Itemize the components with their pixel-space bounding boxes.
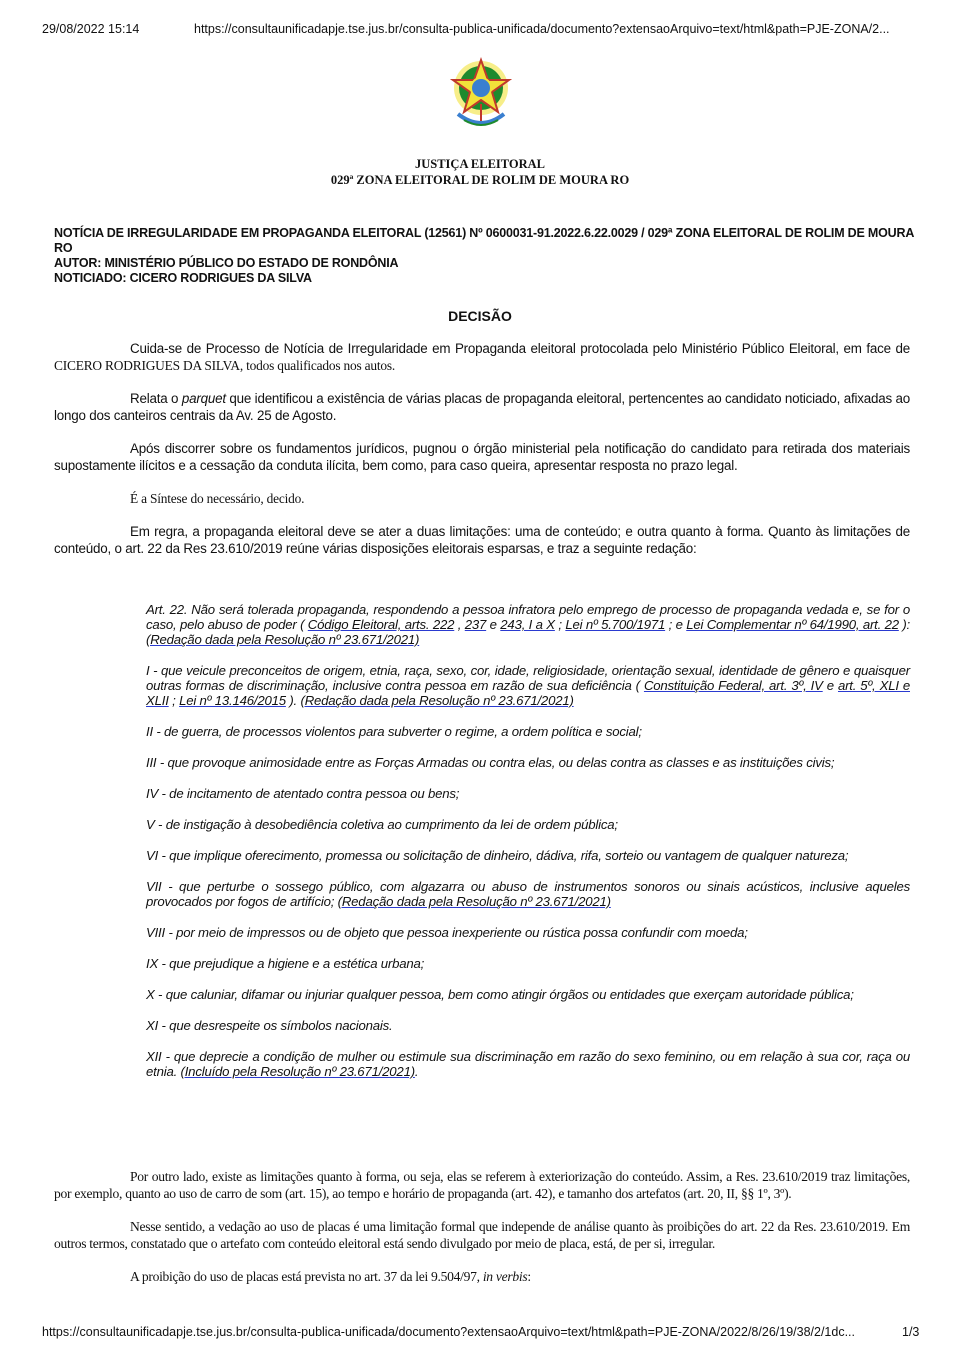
paragraph-8: A proibição do uso de placas está previs… bbox=[54, 1268, 910, 1285]
case-number: NOTÍCIA DE IRREGULARIDADE EM PROPAGANDA … bbox=[54, 226, 914, 256]
legal-quote: Art. 22. Não será tolerada propaganda, r… bbox=[146, 602, 910, 1095]
quote-item-iii: III - que provoque animosidade entre as … bbox=[146, 755, 910, 770]
brazil-coat-of-arms-icon bbox=[446, 54, 516, 134]
link-cf-art3[interactable]: Constituição Federal, art. 3º, IV bbox=[644, 678, 823, 693]
page-number: 1/3 bbox=[902, 1325, 919, 1339]
link-lei-5700[interactable]: Lei nº 5.700/1971 bbox=[565, 617, 665, 632]
case-noticed: NOTICIADO: CICERO RODRIGUES DA SILVA bbox=[54, 271, 914, 286]
quote-item-xi: XI - que desrespeite os símbolos naciona… bbox=[146, 1018, 910, 1033]
case-info: NOTÍCIA DE IRREGULARIDADE EM PROPAGANDA … bbox=[54, 226, 914, 286]
document-title: DECISÃO bbox=[0, 308, 960, 324]
paragraph-1: Cuida-se de Processo de Notícia de Irreg… bbox=[54, 340, 910, 374]
case-author: AUTOR: MINISTÉRIO PÚBLICO DO ESTADO DE R… bbox=[54, 256, 914, 271]
link-lei-13146[interactable]: Lei nº 13.146/2015 bbox=[179, 693, 286, 708]
quote-item-viii: VIII - por meio de impressos ou de objet… bbox=[146, 925, 910, 940]
quote-item-vii: VII - que perturbe o sossego público, co… bbox=[146, 879, 910, 909]
paragraph-3: Após discorrer sobre os fundamentos jurí… bbox=[54, 440, 910, 474]
quote-item-xii: XII - que deprecie a condição de mulher … bbox=[146, 1049, 910, 1079]
court-heading: JUSTIÇA ELEITORAL 029ª ZONA ELEITORAL DE… bbox=[0, 156, 960, 188]
paragraph-6: Por outro lado, existe as limitações qua… bbox=[54, 1168, 910, 1202]
link-res-23671[interactable]: (Redação dada pela Resolução nº 23.671/2… bbox=[301, 693, 574, 708]
link-art-243[interactable]: 243, I a X bbox=[500, 617, 555, 632]
quote-item-i: I - que veicule preconceitos de origem, … bbox=[146, 663, 910, 708]
link-lc-64[interactable]: Lei Complementar nº 64/1990, art. 22 bbox=[686, 617, 899, 632]
link-codigo-eleitoral[interactable]: Código Eleitoral, arts. 222 bbox=[308, 617, 454, 632]
quote-item-vi: VI - que implique oferecimento, promessa… bbox=[146, 848, 910, 863]
intro-paragraphs: Cuida-se de Processo de Notícia de Irreg… bbox=[54, 340, 910, 557]
quote-art22: Art. 22. Não será tolerada propaganda, r… bbox=[146, 602, 910, 647]
link-res-23671[interactable]: (Redação dada pela Resolução nº 23.671/2… bbox=[338, 894, 611, 909]
paragraph-5: Em regra, a propaganda eleitoral deve se… bbox=[54, 523, 910, 557]
paragraph-4: É a Síntese do necessário, decido. bbox=[54, 490, 910, 507]
quote-item-v: V - de instigação à desobediência coleti… bbox=[146, 817, 910, 832]
paragraph-7: Nesse sentido, a vedação ao uso de placa… bbox=[54, 1218, 910, 1252]
closing-paragraphs: Por outro lado, existe as limitações qua… bbox=[54, 1168, 910, 1285]
print-datetime: 29/08/2022 15:14 bbox=[42, 22, 139, 36]
link-res-23671[interactable]: (Redação dada pela Resolução nº 23.671/2… bbox=[146, 632, 419, 647]
quote-item-ii: II - de guerra, de processos violentos p… bbox=[146, 724, 910, 739]
court-name: JUSTIÇA ELEITORAL bbox=[0, 156, 960, 172]
court-zone: 029ª ZONA ELEITORAL DE ROLIM DE MOURA RO bbox=[0, 172, 960, 188]
paragraph-2: Relata o parquet que identificou a exist… bbox=[54, 390, 910, 424]
quote-item-ix: IX - que prejudique a higiene e a estéti… bbox=[146, 956, 910, 971]
print-url: https://consultaunificadapje.tse.jus.br/… bbox=[194, 22, 890, 36]
footer-url: https://consultaunificadapje.tse.jus.br/… bbox=[42, 1325, 855, 1339]
quote-item-x: X - que caluniar, difamar ou injuriar qu… bbox=[146, 987, 910, 1002]
quote-item-iv: IV - de incitamento de atentado contra p… bbox=[146, 786, 910, 801]
link-res-23671[interactable]: (Incluído pela Resolução nº 23.671/2021) bbox=[181, 1064, 415, 1079]
link-art-237[interactable]: 237 bbox=[465, 617, 486, 632]
